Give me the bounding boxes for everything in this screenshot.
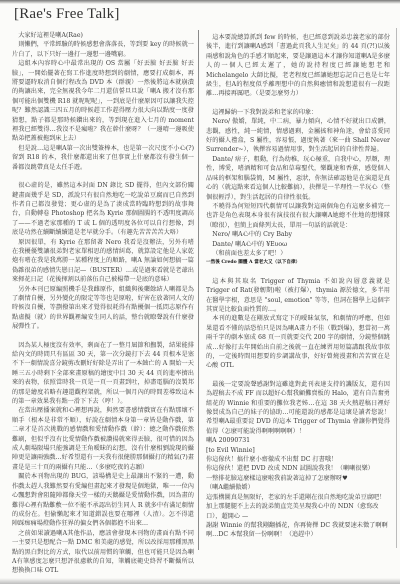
right-column: 這本要說總算抓到 few 的時候，也已經意到說弟忠義老家的部份後半，進行到讓喇A… <box>206 33 390 540</box>
dante-description: 痞子，粗動，行為幼稚，玩心極重，自我中心，厚顏，理性，博愛，嗜酒精和可食品和草莓… <box>206 156 390 201</box>
evil-winnie-section: [to Evil Winnie] 你這傢伙！搞什麼小齋徹成不出幫 DC 打書哦！… <box>206 446 390 540</box>
dante-label: Dante/ <box>212 156 233 163</box>
summary-name: Dante/ <box>212 241 233 248</box>
paragraph: 這組本內容時心中最常出現的 OS 當屬「好丟臉 好丟臉 好丟臉」，一開始擺著在寫… <box>12 59 194 144</box>
signature: 喇A 20090731 <box>206 436 390 445</box>
paragraph: 在當出壓播案就和心裡想再說，與然要書感情戲實在有點那壞不順手（根本是非常不順），… <box>12 406 194 472</box>
paragraph: 另外本刊已原編照機手是我雌原作，組織與後藥餘結人喇都是為了劇情自擾，另外變化的限… <box>12 285 194 332</box>
summary-aside: （和前面也差太多了吧！） <box>206 249 390 258</box>
character-dante: Dante/ 痞子，粗動，行為幼稚，玩心極重，自我中心，厚顏，理性，博愛，嗜酒精… <box>206 155 390 202</box>
paragraph: 這本要說總算抓到 few 的時候，也已經意到說弟忠義老家的部份後半，進行到讓喇A… <box>206 33 390 99</box>
scanned-page: [Rae's Free Talk] 大家好這裡是喇A(Rae) 則懶們，平常經驗… <box>0 0 400 584</box>
nero-description: 傲嬌，單純，中二病，暴力傾向，心情不好就出口成髒，悲觀，感性，純一純情，情感過剩… <box>206 118 390 153</box>
column-divider <box>198 30 199 550</box>
message-line: 你這傢伙！搞什麼小齋徹成不出幫 DC 打書哦！ <box>206 455 390 464</box>
left-column: 大家好這裡是喇A(Rae) 則懶們，平常經驗的時候感想會落落長，等到要 key … <box>12 31 194 576</box>
character-nero: Nero/ 傲嬌，單純，中二病，暴力傾向，心情不好就出口成髒，悲觀，感性，純一純… <box>206 117 390 155</box>
paragraph: 這本與其取名 Trigger of Thymia 不如說內層意義就是 Trigg… <box>206 277 390 315</box>
paragraph: 關於本刊物出現的 BUG，該場構是史上最讓出不緊的一遭，動作戲太趕人我難然要有愛… <box>12 472 194 528</box>
page-edge-line <box>396 28 397 548</box>
message-line: 謝謝 Winnie 的幫我剛翻插花，你再倚擇 DC 我就要速未徵了啊啊啊…DC … <box>206 521 390 540</box>
message-line: 一整排花臉這麼樣這麼啦我前說著這掉了怎麼辦呀♥ <box>206 474 390 483</box>
paragraph: 很心虛的是，雖然這本封面 DN 錄比 SD 擺得，但內文部份關鍵畫面幾乎是 SD… <box>12 181 194 237</box>
summary-name: Nero/ <box>212 231 230 238</box>
summary-text: 喇A心中的 Cry Baby <box>232 231 292 238</box>
paragraph: 本刊的進數是在剛放式寫定下的曖昧氣氛，和劇情的呼應，但如果還看不懂的話恐怕只是因… <box>206 314 390 370</box>
message-line: （喇A繼續傲嬌） <box>206 483 390 492</box>
message-line: 你這傢伙！還把 DVD 改成 NDN 試圖說我我！（喇喇很樂） <box>206 464 390 473</box>
nero-label: Nero/ <box>212 118 230 125</box>
message-line: 這張構圖真是無限好，老家的左手還剛在很自然地吃說弟豆腐吧！加上那腿腿不上去的說弟… <box>206 493 390 521</box>
paragraph: 大家好這裡是喇A(Rae) <box>12 31 194 40</box>
paragraph: 原因很單，有 Kyrie 在那留著 Nero 我看是沒辦法，另外有嗜在我擾優雙讓… <box>12 238 194 285</box>
summary-text: 喇A心中的 ¥Ευοω <box>235 241 287 248</box>
paragraph: 則懶們，平常經驗的時候感想會落落長，等到要 key 的時候就一片白了，以下只好一… <box>12 40 194 59</box>
page-title: [Rae's Free Talk] <box>14 6 120 23</box>
paragraph: 但是說…這是喇A第一次出雙簽棒本，也是第一次尺度不小心(?)留到 R18 的本，… <box>12 144 194 172</box>
paragraph: 最後一定要說聲感謝對這雖進對此刊表達支持的譏版友，還有因為趕稿去不成 FF 而以… <box>206 380 390 436</box>
paragraph: 這裡歸納一下我對說弟和老家的印象： <box>206 108 390 117</box>
paragraph: 之前如果讀過喇A其他作品，應該會發現本刊物的畫面有點不同一主要只是想配合一點 D… <box>12 529 194 576</box>
small-note: 一然後 Credo 團體 A 當老大又（以下自律） <box>206 258 390 267</box>
paragraph: 不曉得為何短短四代劇情可以讓我對這兩個角色有這麼多補完一也許是角色表現本身很有演… <box>206 202 390 230</box>
scan-top-shadow <box>0 0 400 4</box>
summary-dante: Dante/ 喇A心中的 ¥Ευοω <box>206 240 390 249</box>
scan-bottom-shadow <box>0 578 400 584</box>
paragraph: 因為某人極度沒有效率，剩面在了一整月屆節和撫製，結果能排給內文的時間只有區區 3… <box>12 341 194 407</box>
section-heading: [to Evil Winnie] <box>206 446 390 455</box>
summary-nero: Nero/ 喇A心中的 Cry Baby <box>206 230 390 239</box>
